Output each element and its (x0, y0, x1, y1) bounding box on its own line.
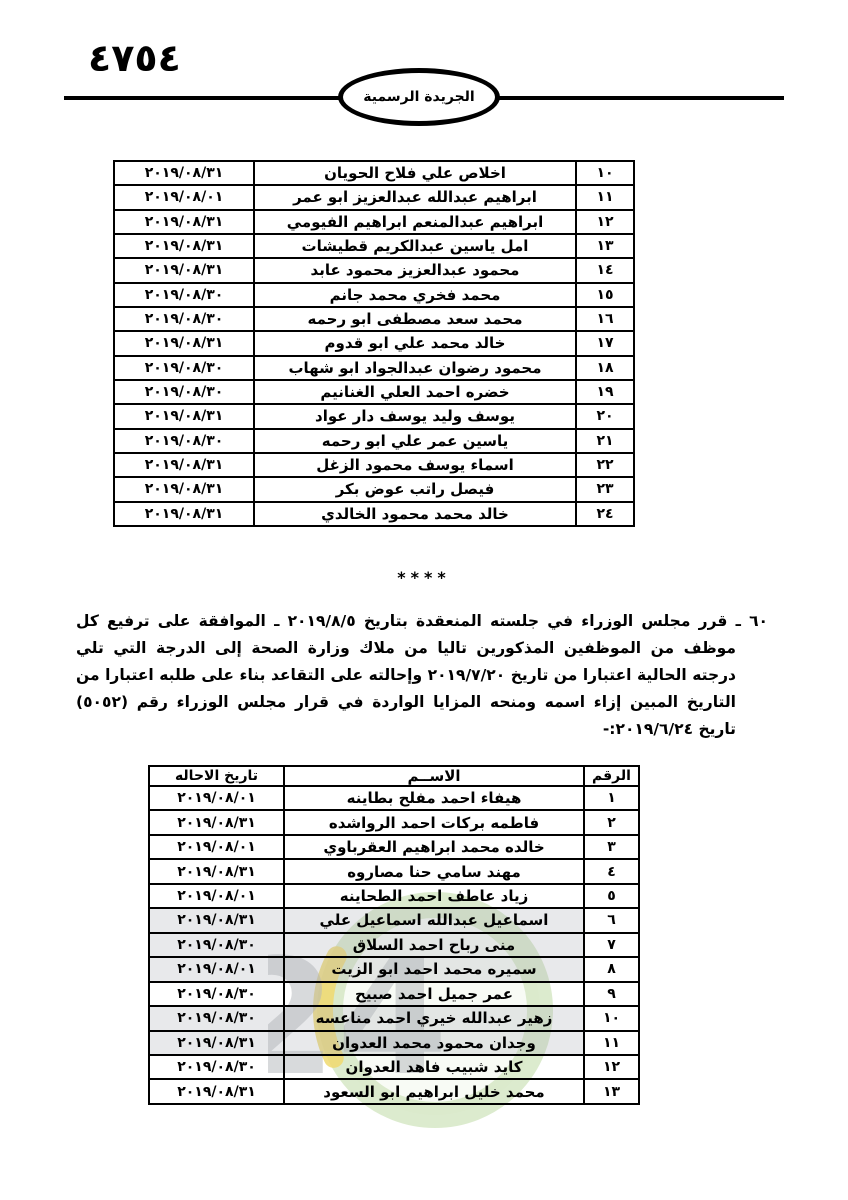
row-date-cell: ٢٠١٩/٠٨/٣١ (149, 1031, 284, 1055)
row-date-cell: ٢٠١٩/٠٨/٣١ (114, 502, 254, 526)
row-number-cell: ٢٠ (576, 404, 634, 428)
row-date-cell: ٢٠١٩/٠٨/٣١ (149, 810, 284, 834)
table-row: ١١ ابراهيم عبدالله عبدالعزيز ابو عمر ٢٠١… (114, 185, 634, 209)
row-name-cell: خضره احمد العلي الغنانيم (254, 380, 576, 404)
table-row: ١٥ محمد فخري محمد جانم ٢٠١٩/٠٨/٣٠ (114, 283, 634, 307)
row-name-cell: سميره محمد احمد ابو الزيت (284, 957, 584, 981)
row-number-cell: ٢٤ (576, 502, 634, 526)
row-date-cell: ٢٠١٩/٠٨/٠١ (149, 835, 284, 859)
row-name-cell: وجدان محمود محمد العدوان (284, 1031, 584, 1055)
table-row: ٢٢ اسماء يوسف محمود الزغل ٢٠١٩/٠٨/٣١ (114, 453, 634, 477)
row-name-cell: هيفاء احمد مفلح بطاينه (284, 786, 584, 810)
row-number-cell: ٥ (584, 884, 639, 908)
row-number-cell: ١ (584, 786, 639, 810)
table-row: ٢٤ خالد محمد محمود الخالدي ٢٠١٩/٠٨/٣١ (114, 502, 634, 526)
row-name-cell: ابراهيم عبدالله عبدالعزيز ابو عمر (254, 185, 576, 209)
row-date-cell: ٢٠١٩/٠٨/٣١ (114, 404, 254, 428)
row-date-cell: ٢٠١٩/٠٨/٣٠ (114, 429, 254, 453)
row-name-cell: خالد محمد علي ابو قدوم (254, 331, 576, 355)
row-name-cell: محمد خليل ابراهيم ابو السعود (284, 1079, 584, 1104)
row-date-cell: ٢٠١٩/٠٨/٣٠ (149, 933, 284, 957)
row-date-cell: ٢٠١٩/٠٨/٣١ (114, 258, 254, 282)
row-date-cell: ٢٠١٩/٠٨/٣١ (114, 210, 254, 234)
table-header-row: الرقم الاســم تاريخ الاحاله (149, 766, 639, 786)
row-date-cell: ٢٠١٩/٠٨/٣١ (114, 161, 254, 185)
row-number-cell: ١٢ (584, 1055, 639, 1079)
row-number-cell: ١٠ (584, 1006, 639, 1030)
table-row: ١٠ زهير عبدالله خيري احمد مناعسه ٢٠١٩/٠٨… (149, 1006, 639, 1030)
table-row: ١١ وجدان محمود محمد العدوان ٢٠١٩/٠٨/٣١ (149, 1031, 639, 1055)
row-number-cell: ١٢ (576, 210, 634, 234)
table-row: ٤ مهند سامي حنا مصاروه ٢٠١٩/٠٨/٣١ (149, 859, 639, 883)
row-name-cell: عمر جميل احمد صبيح (284, 982, 584, 1006)
row-number-cell: ١٨ (576, 356, 634, 380)
row-date-cell: ٢٠١٩/٠٨/٣١ (114, 331, 254, 355)
table-row: ١٨ محمود رضوان عبدالجواد ابو شهاب ٢٠١٩/٠… (114, 356, 634, 380)
row-date-cell: ٢٠١٩/٠٨/٠١ (149, 884, 284, 908)
table-row: ١٣ امل ياسين عبدالكريم قطيشات ٢٠١٩/٠٨/٣١ (114, 234, 634, 258)
page-number: ٤٧٥٤ (88, 36, 181, 80)
row-name-cell: ابراهيم عبدالمنعم ابراهيم الفيومي (254, 210, 576, 234)
row-date-cell: ٢٠١٩/٠٨/٣٠ (149, 982, 284, 1006)
row-number-cell: ٤ (584, 859, 639, 883)
table-row: ٢١ ياسين عمر علي ابو رحمه ٢٠١٩/٠٨/٣٠ (114, 429, 634, 453)
row-number-cell: ١٤ (576, 258, 634, 282)
row-number-cell: ١٠ (576, 161, 634, 185)
row-name-cell: فيصل راتب عوض بكر (254, 477, 576, 501)
row-date-cell: ٢٠١٩/٠٨/٣٠ (114, 356, 254, 380)
row-name-cell: اسماعيل عبدالله اسماعيل علي (284, 908, 584, 932)
table-row: ١ هيفاء احمد مفلح بطاينه ٢٠١٩/٠٨/٠١ (149, 786, 639, 810)
row-date-cell: ٢٠١٩/٠٨/٣٠ (149, 1006, 284, 1030)
row-date-cell: ٢٠١٩/٠٨/٠١ (149, 957, 284, 981)
employees-table-continued: ١٠ اخلاص علي فلاح الحويان ٢٠١٩/٠٨/٣١ ١١ … (113, 160, 635, 527)
header-referral-date: تاريخ الاحاله (149, 766, 284, 786)
gazette-banner-label: الجريدة الرسمية (363, 89, 474, 105)
row-number-cell: ٢ (584, 810, 639, 834)
row-number-cell: ١٣ (576, 234, 634, 258)
row-name-cell: اسماء يوسف محمود الزغل (254, 453, 576, 477)
table-row: ٨ سميره محمد احمد ابو الزيت ٢٠١٩/٠٨/٠١ (149, 957, 639, 981)
row-name-cell: محمد فخري محمد جانم (254, 283, 576, 307)
row-name-cell: محمود عبدالعزيز محمود عابد (254, 258, 576, 282)
row-number-cell: ٧ (584, 933, 639, 957)
header-number: الرقم (584, 766, 639, 786)
gazette-page: 24 ٤٧٥٤ الجريدة الرسمية ١٠ اخلاص علي فلا… (0, 0, 848, 1200)
table-row: ١٠ اخلاص علي فلاح الحويان ٢٠١٩/٠٨/٣١ (114, 161, 634, 185)
table-row: ٢٣ فيصل راتب عوض بكر ٢٠١٩/٠٨/٣١ (114, 477, 634, 501)
table-row: ١٧ خالد محمد علي ابو قدوم ٢٠١٩/٠٨/٣١ (114, 331, 634, 355)
row-name-cell: محمد سعد مصطفى ابو رحمه (254, 307, 576, 331)
row-date-cell: ٢٠١٩/٠٨/٠١ (114, 185, 254, 209)
row-number-cell: ٢٢ (576, 453, 634, 477)
decree-text: ٦٠ ـ قرر مجلس الوزراء في جلسته المنعقدة … (76, 608, 768, 743)
row-name-cell: خالده محمد ابراهيم العقرباوي (284, 835, 584, 859)
retirement-table: الرقم الاســم تاريخ الاحاله ١ هيفاء احمد… (148, 765, 640, 1105)
row-name-cell: فاطمه بركات احمد الرواشده (284, 810, 584, 834)
row-number-cell: ١٧ (576, 331, 634, 355)
row-number-cell: ١٣ (584, 1079, 639, 1104)
row-name-cell: محمود رضوان عبدالجواد ابو شهاب (254, 356, 576, 380)
table-row: ٣ خالده محمد ابراهيم العقرباوي ٢٠١٩/٠٨/٠… (149, 835, 639, 859)
table-row: ١٣ محمد خليل ابراهيم ابو السعود ٢٠١٩/٠٨/… (149, 1079, 639, 1104)
row-date-cell: ٢٠١٩/٠٨/٣١ (114, 477, 254, 501)
row-date-cell: ٢٠١٩/٠٨/٣٠ (149, 1055, 284, 1079)
row-date-cell: ٢٠١٩/٠٨/٣١ (149, 908, 284, 932)
table-row: ١٢ ابراهيم عبدالمنعم ابراهيم الفيومي ٢٠١… (114, 210, 634, 234)
row-name-cell: ياسين عمر علي ابو رحمه (254, 429, 576, 453)
table-row: ١٦ محمد سعد مصطفى ابو رحمه ٢٠١٩/٠٨/٣٠ (114, 307, 634, 331)
row-number-cell: ٦ (584, 908, 639, 932)
row-number-cell: ٢١ (576, 429, 634, 453)
row-name-cell: زهير عبدالله خيري احمد مناعسه (284, 1006, 584, 1030)
row-number-cell: ٨ (584, 957, 639, 981)
table-row: ٢ فاطمه بركات احمد الرواشده ٢٠١٩/٠٨/٣١ (149, 810, 639, 834)
row-date-cell: ٢٠١٩/٠٨/٣٠ (114, 307, 254, 331)
table-row: ١٤ محمود عبدالعزيز محمود عابد ٢٠١٩/٠٨/٣١ (114, 258, 634, 282)
row-date-cell: ٢٠١٩/٠٨/٣١ (149, 859, 284, 883)
table-row: ٥ زياد عاطف احمد الطحاينه ٢٠١٩/٠٨/٠١ (149, 884, 639, 908)
decree-paragraph: ٦٠ ـ قرر مجلس الوزراء في جلسته المنعقدة … (76, 608, 768, 743)
table-row: ١٢ كايد شبيب فاهد العدوان ٢٠١٩/٠٨/٣٠ (149, 1055, 639, 1079)
row-number-cell: ١٦ (576, 307, 634, 331)
row-number-cell: ١٥ (576, 283, 634, 307)
row-date-cell: ٢٠١٩/٠٨/٣٠ (114, 380, 254, 404)
gazette-banner: الجريدة الرسمية (338, 68, 500, 126)
header-name: الاســم (284, 766, 584, 786)
row-number-cell: ٢٣ (576, 477, 634, 501)
section-separator: **** (0, 568, 848, 587)
row-name-cell: مهند سامي حنا مصاروه (284, 859, 584, 883)
row-name-cell: منى رباح احمد السلاق (284, 933, 584, 957)
table-row: ١٩ خضره احمد العلي الغنانيم ٢٠١٩/٠٨/٣٠ (114, 380, 634, 404)
row-date-cell: ٢٠١٩/٠٨/٠١ (149, 786, 284, 810)
row-name-cell: اخلاص علي فلاح الحويان (254, 161, 576, 185)
row-date-cell: ٢٠١٩/٠٨/٣١ (149, 1079, 284, 1104)
row-name-cell: امل ياسين عبدالكريم قطيشات (254, 234, 576, 258)
row-number-cell: ١١ (584, 1031, 639, 1055)
table-row: ٩ عمر جميل احمد صبيح ٢٠١٩/٠٨/٣٠ (149, 982, 639, 1006)
row-date-cell: ٢٠١٩/٠٨/٣١ (114, 234, 254, 258)
row-date-cell: ٢٠١٩/٠٨/٣١ (114, 453, 254, 477)
row-date-cell: ٢٠١٩/٠٨/٣٠ (114, 283, 254, 307)
row-name-cell: يوسف وليد يوسف دار عواد (254, 404, 576, 428)
row-name-cell: زياد عاطف احمد الطحاينه (284, 884, 584, 908)
row-number-cell: ١١ (576, 185, 634, 209)
table-row: ٧ منى رباح احمد السلاق ٢٠١٩/٠٨/٣٠ (149, 933, 639, 957)
row-name-cell: خالد محمد محمود الخالدي (254, 502, 576, 526)
row-number-cell: ١٩ (576, 380, 634, 404)
table-row: ٦ اسماعيل عبدالله اسماعيل علي ٢٠١٩/٠٨/٣١ (149, 908, 639, 932)
table-row: ٢٠ يوسف وليد يوسف دار عواد ٢٠١٩/٠٨/٣١ (114, 404, 634, 428)
row-name-cell: كايد شبيب فاهد العدوان (284, 1055, 584, 1079)
row-number-cell: ٣ (584, 835, 639, 859)
row-number-cell: ٩ (584, 982, 639, 1006)
